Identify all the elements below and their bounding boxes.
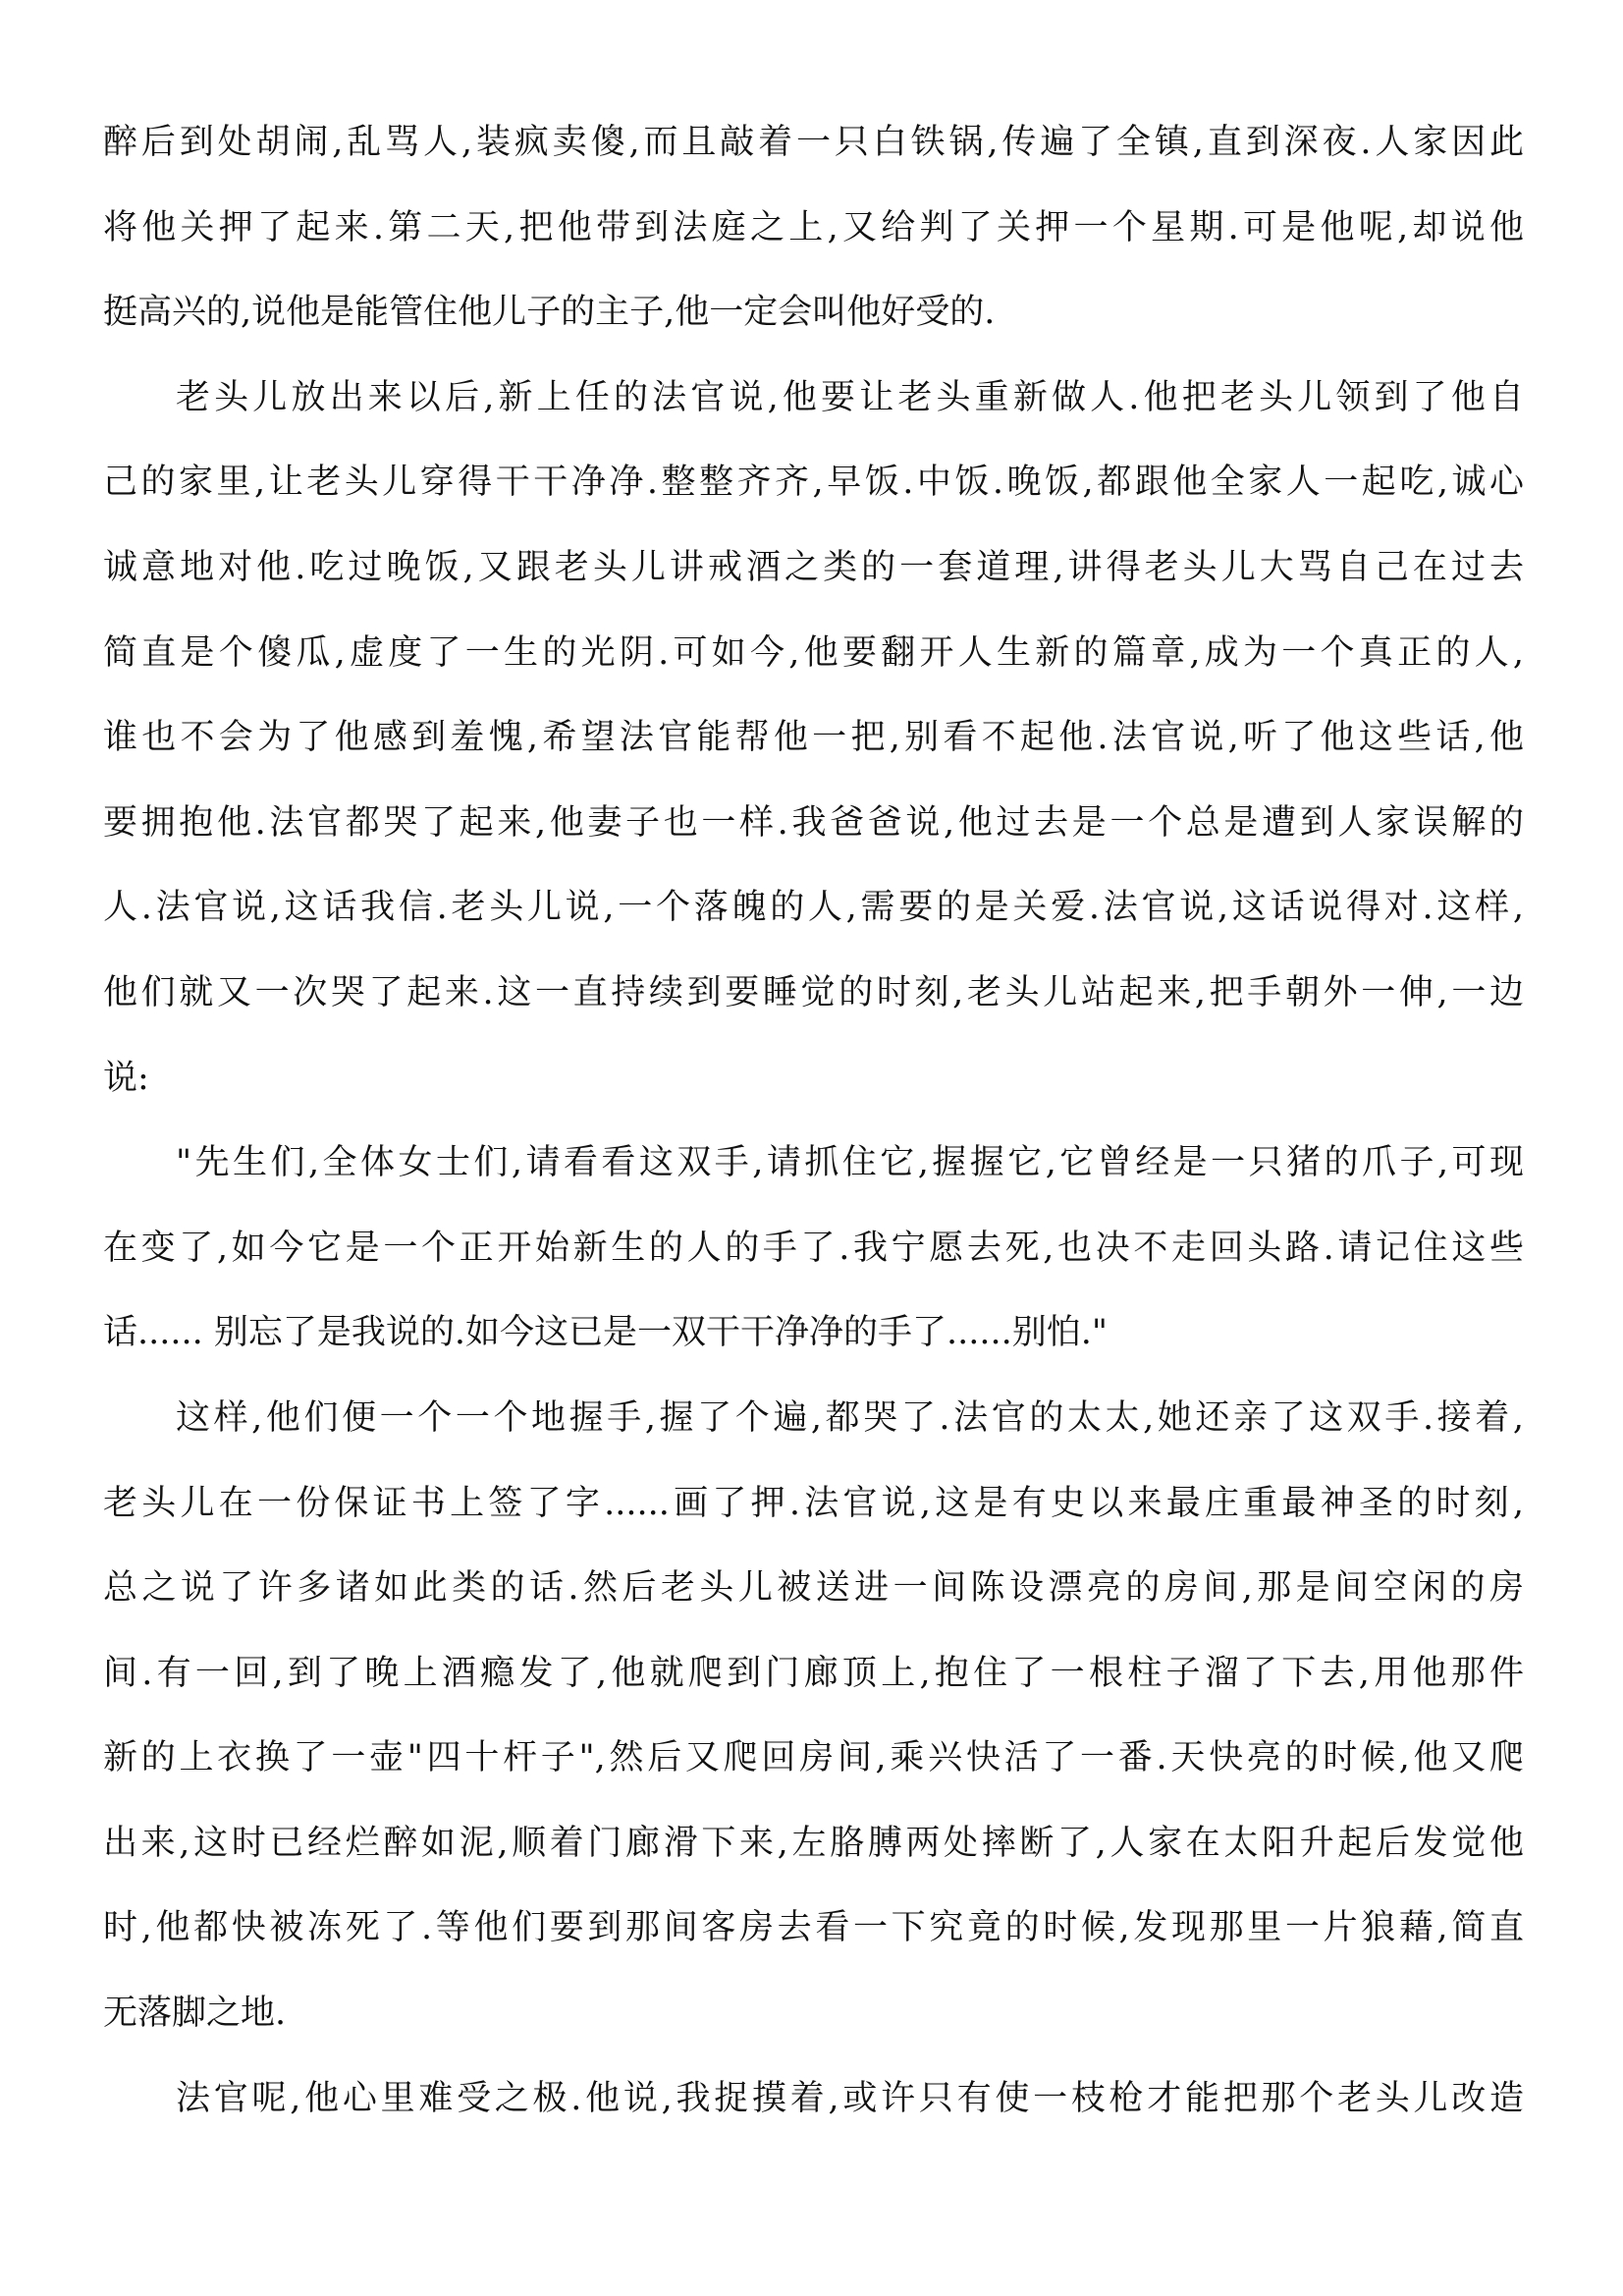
text-line: 己的家里,让老头儿穿得干干净净.整整齐齐,早饭.中饭.晚饭,都跟他全家人一起吃,… <box>103 440 1524 525</box>
text-line: 总之说了许多诸如此类的话.然后老头儿被送进一间陈设漂亮的房间,那是间空闲的房 <box>103 1546 1524 1631</box>
text-line: 要拥抱他.法官都哭了起来,他妻子也一样.我爸爸说,他过去是一个总是遭到人家误解的 <box>103 781 1524 866</box>
text-line: "先生们,全体女士们,请看看这双手,请抓住它,握握它,它曾经是一只猪的爪子,可现 <box>103 1121 1524 1206</box>
text-line: 老头儿在一份保证书上签了字......画了押.法官说,这是有史以来最庄重最神圣的… <box>103 1461 1524 1547</box>
text-line: 出来,这时已经烂醉如泥,顺着门廊滑下来,左胳膊两处摔断了,人家在太阳升起后发觉他 <box>103 1801 1524 1886</box>
text-line: 诚意地对他.吃过晚饭,又跟老头儿讲戒酒之类的一套道理,讲得老头儿大骂自己在过去 <box>103 525 1524 611</box>
text-line: 间.有一回,到了晚上酒瘾发了,他就爬到门廊顶上,抱住了一根柱子溜了下去,用他那件 <box>103 1631 1524 1717</box>
text-line: 谁也不会为了他感到羞愧,希望法官能帮他一把,别看不起他.法官说,听了他这些话,他 <box>103 695 1524 781</box>
document-body-text: 醉后到处胡闹,乱骂人,装疯卖傻,而且敲着一只白铁锅,传遍了全镇,直到深夜.人家因… <box>103 100 1524 2141</box>
text-line: 时,他都快被冻死了.等他们要到那间客房去看一下究竟的时候,发现那里一片狼藉,简直 <box>103 1886 1524 1971</box>
text-line: 这样,他们便一个一个地握手,握了个遍,都哭了.法官的太太,她还亲了这双手.接着, <box>103 1376 1524 1461</box>
text-line: 法官呢,他心里难受之极.他说,我捉摸着,或许只有使一枝枪才能把那个老头儿改造 <box>103 2056 1524 2142</box>
text-line: 他们就又一次哭了起来.这一直持续到要睡觉的时刻,老头儿站起来,把手朝外一伸,一边 <box>103 951 1524 1036</box>
document-page: 醉后到处胡闹,乱骂人,装疯卖傻,而且敲着一只白铁锅,传遍了全镇,直到深夜.人家因… <box>0 0 1623 2296</box>
text-line: 简直是个傻瓜,虚度了一生的光阴.可如今,他要翻开人生新的篇章,成为一个真正的人, <box>103 611 1524 696</box>
text-line: 挺高兴的,说他是能管住他儿子的主子,他一定会叫他好受的. <box>103 270 1524 355</box>
text-line: 话...... 别忘了是我说的.如今这已是一双干干净净的手了......别怕." <box>103 1290 1524 1376</box>
text-line: 醉后到处胡闹,乱骂人,装疯卖傻,而且敲着一只白铁锅,传遍了全镇,直到深夜.人家因… <box>103 100 1524 186</box>
text-line: 新的上衣换了一壶"四十杆子",然后又爬回房间,乘兴快活了一番.天快亮的时候,他又… <box>103 1716 1524 1801</box>
text-line: 老头儿放出来以后,新上任的法官说,他要让老头重新做人.他把老头儿领到了他自 <box>103 355 1524 441</box>
text-line: 无落脚之地. <box>103 1971 1524 2056</box>
text-line: 说: <box>103 1036 1524 1121</box>
text-line: 人.法官说,这话我信.老头儿说,一个落魄的人,需要的是关爱.法官说,这话说得对.… <box>103 865 1524 951</box>
text-line: 将他关押了起来.第二天,把他带到法庭之上,又给判了关押一个星期.可是他呢,却说他 <box>103 186 1524 271</box>
text-line: 在变了,如今它是一个正开始新生的人的手了.我宁愿去死,也决不走回头路.请记住这些 <box>103 1206 1524 1291</box>
